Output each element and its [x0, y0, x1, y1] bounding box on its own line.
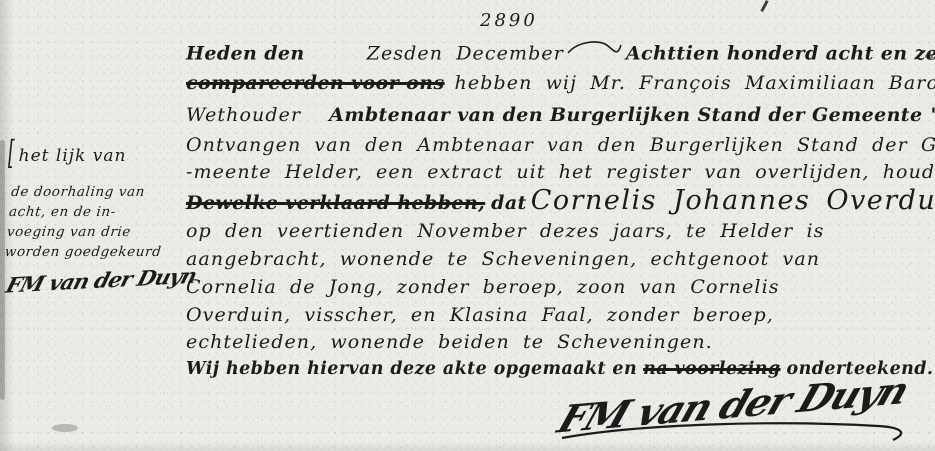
margin-annotations: [het lijk van de doorhaling van acht, en… [8, 146, 184, 293]
official-signature-block: FM van der Duyn [548, 380, 920, 446]
scan-artifact [52, 424, 78, 432]
struck-compareerden: compareerden voor ons [186, 72, 445, 94]
body-line-9: Cornelia de Jong, zonder beroep, zoon va… [186, 274, 934, 301]
margin-note-line: de doorhaling van [10, 182, 188, 202]
preprinted-year: Achttien honderd acht en zeventig, [626, 43, 935, 65]
body-line-10: Overduin, visscher, en Klasina Faal, zon… [186, 302, 934, 329]
body-line-5: -meente Helder, een extract uit het regi… [186, 159, 934, 186]
body-line-6: Dewelke verklaard hebben,datCornelis Joh… [186, 187, 934, 217]
margin-approval-note: de doorhaling van acht, en de in- voegin… [4, 182, 188, 262]
handwritten-line-10: Overduin, visscher, en Klasina Faal, zon… [186, 304, 774, 326]
preprinted-closing: Wij hebben hiervan deze akte opgemaakt e… [186, 359, 637, 379]
handwritten-line-4: Ontvangen van den Ambtenaar van den Burg… [186, 134, 935, 156]
handwritten-wethouder: Wethouder [186, 104, 301, 126]
handwritten-deceased-name: Cornelis Johannes Overduin [531, 185, 935, 216]
preprinted-heden-den: Heden den [186, 43, 305, 65]
body-line-11: echtelieden, wonende beiden te Schevenin… [186, 329, 934, 356]
handwritten-line-7: op den veertienden November dezes jaars,… [186, 220, 824, 242]
margin-signature: FM van der Duyn [3, 263, 189, 297]
handwritten-line-11: echtelieden, wonende beiden te Schevenin… [186, 331, 713, 353]
handwritten-date: Zesden December [367, 43, 564, 65]
body-line-3: WethouderAmbtenaar van den Burgerlijken … [186, 102, 934, 129]
struck-dewelke: Dewelke verklaard hebben, [186, 192, 485, 214]
record-body: Heden denZesden DecemberAchttien honderd… [186, 22, 934, 422]
margin-lijk-text: het lijk van [19, 146, 127, 166]
margin-note-line: acht, en de in- [8, 202, 186, 222]
body-line-2: compareerden voor onshebben wij Mr. Fran… [186, 70, 934, 97]
struck-na-voorlezing: na voorlezing [643, 359, 780, 379]
margin-note-line: worden goedgekeurd [4, 242, 182, 262]
margin-lijk-line: [het lijk van [8, 146, 184, 166]
scan-artifact [925, 55, 933, 58]
scanned-death-record: 2890 Heden denZesden DecemberAchttien ho… [0, 0, 935, 451]
preprinted-ambtenaar: Ambtenaar van den Burgerlijken Stand der… [329, 104, 922, 126]
flourish-mark [566, 38, 622, 65]
handwritten-line-8: aangebracht, wonende te Scheveningen, ec… [186, 248, 820, 270]
scan-artifact [760, 0, 768, 12]
body-line-7: op den veertienden November dezes jaars,… [186, 218, 934, 245]
body-line-4: Ontvangen van den Ambtenaar van den Burg… [186, 132, 934, 159]
preprinted-dat: dat [491, 192, 527, 214]
handwritten-official-name: hebben wij Mr. François Maximiliaan Baro… [455, 72, 935, 94]
body-line-1: Heden denZesden DecemberAchttien honderd… [186, 38, 934, 71]
margin-bracket: [ [8, 135, 16, 173]
handwritten-line-9: Cornelia de Jong, zonder beroep, zoon va… [186, 276, 780, 298]
body-line-8: aangebracht, wonende te Scheveningen, ec… [186, 246, 934, 273]
signature-flourish [548, 380, 920, 446]
scan-artifact [0, 140, 5, 400]
margin-note-line: voeging van drie [6, 222, 184, 242]
gothic-gravenhage: 's Gravenhage, [930, 104, 935, 126]
handwritten-line-5: -meente Helder, een extract uit het regi… [186, 161, 935, 183]
